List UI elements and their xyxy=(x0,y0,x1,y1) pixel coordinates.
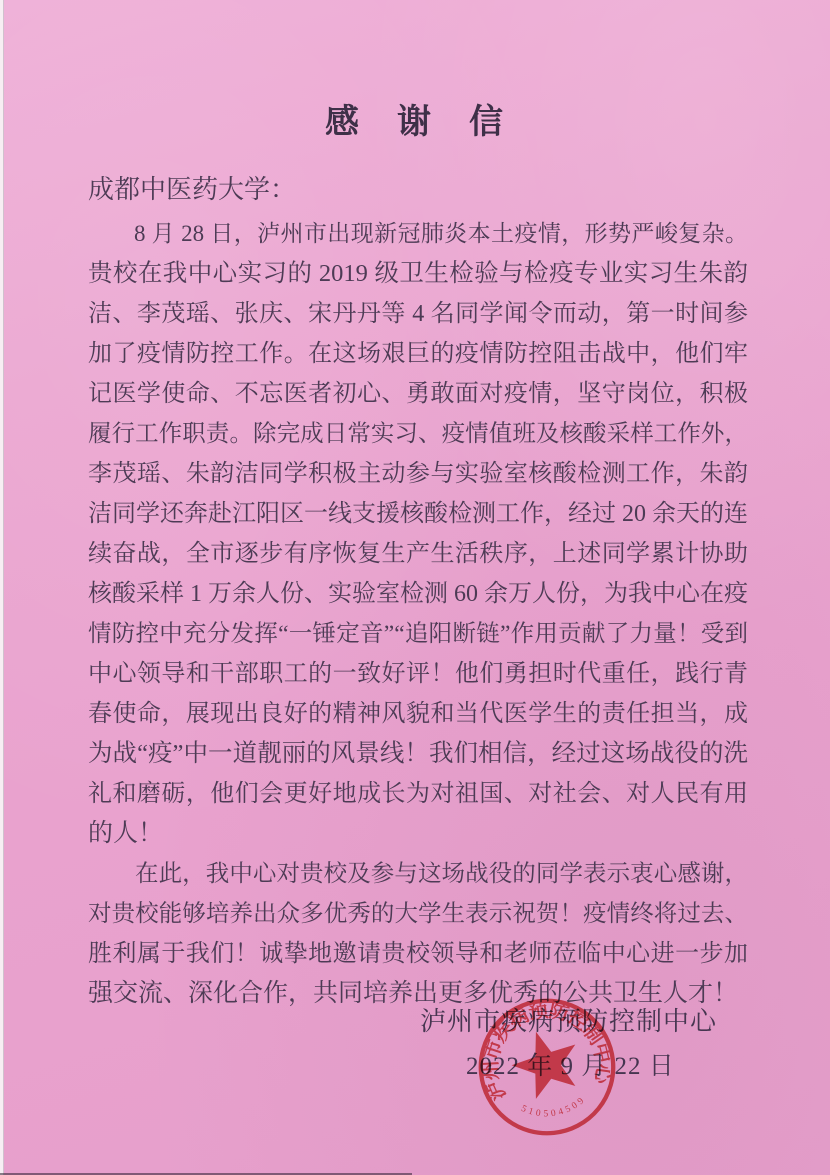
body-line: 8 月 28 日，泸州市出现新冠肺炎本土疫情，形势严峻复杂。 xyxy=(88,214,748,254)
letter-title: 感 谢 信 xyxy=(0,94,830,143)
body-line: 续奋战，全市逐步有序恢复生产生活秩序，上述同学累计协助 xyxy=(88,534,748,574)
body-line: 胜利属于我们！诚挚地邀请贵校领导和老师莅临中心进一步加 xyxy=(88,934,748,974)
paragraph: 在此，我中心对贵校及参与这场战役的同学表示衷心感谢，对贵校能够培养出众多优秀的大… xyxy=(88,854,748,1014)
body-line: 洁、李茂瑶、张庆、宋丹丹等 4 名同学闻令而动，第一时间参 xyxy=(88,294,748,334)
body-line: 在此，我中心对贵校及参与这场战役的同学表示衷心感谢， xyxy=(88,854,748,894)
paragraph: 8 月 28 日，泸州市出现新冠肺炎本土疫情，形势严峻复杂。贵校在我中心实习的 … xyxy=(88,214,748,854)
body-line: 中心领导和干部职工的一致好评！他们勇担时代重任，践行青 xyxy=(88,654,748,694)
signature-org: 泸州市疾病预防控制中心 xyxy=(420,1001,717,1038)
body-line: 礼和磨砺，他们会更好地成长为对祖国、对社会、对人民有用 xyxy=(88,774,748,814)
body-line: 加了疫情防控工作。在这场艰巨的疫情防控阻击战中，他们牢 xyxy=(88,334,748,374)
signature-date: 2022 年 9 月 22 日 xyxy=(466,1046,675,1082)
body-line: 履行工作职责。除完成日常实习、疫情值班及核酸采样工作外， xyxy=(88,414,748,454)
body-line: 春使命，展现出良好的精神风貌和当代医学生的责任担当，成 xyxy=(88,694,748,734)
body-line: 核酸采样 1 万余人份、实验室检测 60 余万人份，为我中心在疫 xyxy=(88,574,748,614)
body-line: 的人！ xyxy=(88,814,748,854)
letter-body: 8 月 28 日，泸州市出现新冠肺炎本土疫情，形势严峻复杂。贵校在我中心实习的 … xyxy=(88,214,748,1014)
body-line: 为战“疫”中一道靓丽的风景线！我们相信，经过这场战役的洗 xyxy=(88,734,748,774)
body-line: 李茂瑶、朱韵洁同学积极主动参与实验室核酸检测工作，朱韵 xyxy=(88,454,748,494)
salutation: 成都中医药大学： xyxy=(88,169,748,206)
scan-left-edge xyxy=(0,0,4,1175)
letter-page: 感 谢 信 成都中医药大学： 8 月 28 日，泸州市出现新冠肺炎本土疫情，形势… xyxy=(0,0,830,1175)
body-line: 情防控中充分发挥“一锤定音”“追阳断链”作用贡献了力量！受到 xyxy=(88,614,748,654)
body-line: 记医学使命、不忘医者初心、勇敢面对疫情，坚守岗位，积极 xyxy=(88,374,748,414)
body-line: 贵校在我中心实习的 2019 级卫生检验与检疫专业实习生朱韵 xyxy=(88,254,748,294)
body-line: 对贵校能够培养出众多优秀的大学生表示祝贺！疫情终将过去、 xyxy=(88,894,748,934)
body-line: 洁同学还奔赴江阳区一线支援核酸检测工作，经过 20 余天的连 xyxy=(88,494,748,534)
